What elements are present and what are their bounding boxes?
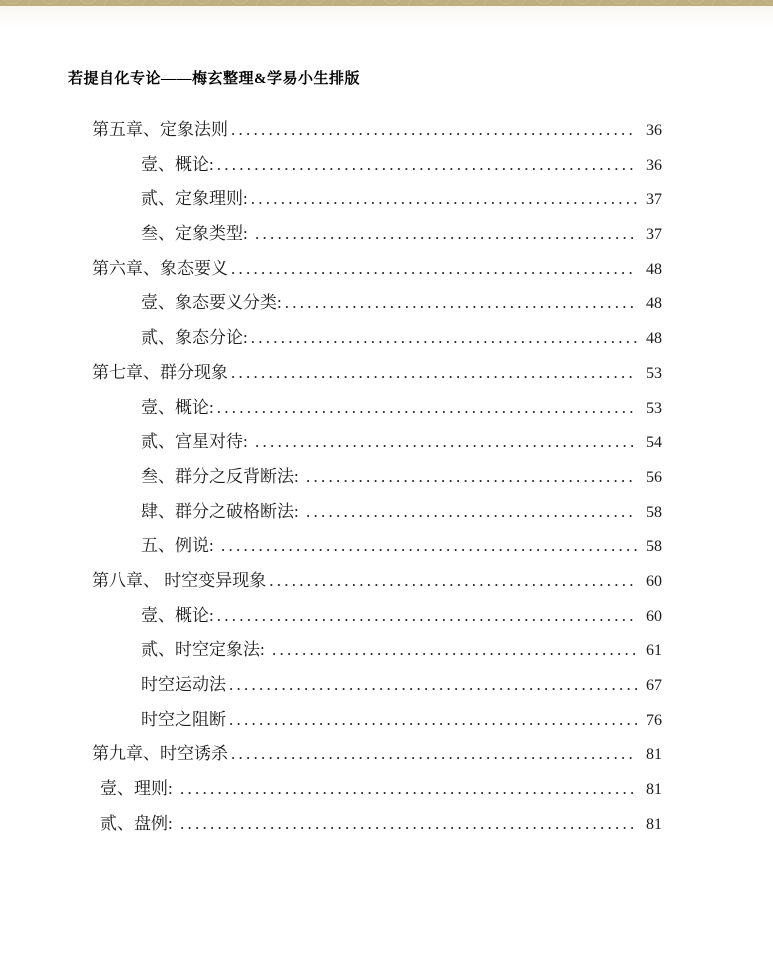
toc-entry: 第七章、群分现象 . . . . . . . . . . . . . . . .… [92, 356, 662, 391]
toc-entry: 贰、象态分论: . . . . . . . . . . . . . . . . … [92, 321, 662, 356]
toc-page-number: 53 [644, 392, 662, 427]
toc-page-number: 56 [644, 461, 662, 496]
toc-entry-label: 壹、理则: [100, 772, 177, 807]
toc-leader-dots: . . . . . . . . . . . . . . . . . . . . … [252, 217, 637, 252]
toc-leader-dots: . . . . . . . . . . . . . . . . . . . . … [269, 633, 637, 668]
toc-page-number: 81 [644, 808, 662, 843]
toc-leader-dots: . . . . . . . . . . . . . . . . . . . . … [252, 425, 637, 460]
toc-page-number: 48 [644, 253, 662, 288]
toc-page-number: 58 [644, 496, 662, 531]
toc-entry-label: 壹、象态要义分类: [141, 286, 282, 321]
toc: 第五章、定象法则 . . . . . . . . . . . . . . . .… [92, 113, 662, 841]
toc-entry: 贰、定象理则: . . . . . . . . . . . . . . . . … [92, 182, 662, 217]
toc-entry: 壹、概论: . . . . . . . . . . . . . . . . . … [92, 599, 662, 634]
toc-leader-dots: . . . . . . . . . . . . . . . . . . . . … [226, 703, 637, 738]
toc-entry-label: 时空之阻断 [141, 703, 226, 738]
toc-entry-label: 贰、盘例: [100, 807, 177, 842]
toc-entry-label: 叁、定象类型: [141, 217, 252, 252]
toc-entry-label: 肆、群分之破格断法: [141, 495, 303, 530]
toc-entry: 壹、理则: . . . . . . . . . . . . . . . . . … [92, 772, 662, 807]
toc-page-number: 48 [644, 287, 662, 322]
toc-entry: 叁、定象类型: . . . . . . . . . . . . . . . . … [92, 217, 662, 252]
toc-page-number: 58 [644, 530, 662, 565]
toc-leader-dots: . . . . . . . . . . . . . . . . . . . . … [214, 599, 637, 634]
toc-leader-dots: . . . . . . . . . . . . . . . . . . . . … [214, 148, 637, 183]
toc-entry: 壹、概论: . . . . . . . . . . . . . . . . . … [92, 391, 662, 426]
toc-page-number: 61 [644, 634, 662, 669]
toc-leader-dots: . . . . . . . . . . . . . . . . . . . . … [177, 807, 637, 842]
toc-entry: 时空之阻断 . . . . . . . . . . . . . . . . . … [92, 703, 662, 738]
toc-leader-dots: . . . . . . . . . . . . . . . . . . . . … [228, 113, 637, 148]
toc-entry-label: 第五章、定象法则 [92, 113, 228, 148]
toc-entry: 第六章、象态要义 . . . . . . . . . . . . . . . .… [92, 252, 662, 287]
toc-entry-label: 贰、象态分论: [141, 321, 248, 356]
toc-leader-dots: . . . . . . . . . . . . . . . . . . . . … [266, 564, 637, 599]
toc-leader-dots: . . . . . . . . . . . . . . . . . . . . … [228, 356, 637, 391]
toc-entry-label: 壹、概论: [141, 599, 214, 634]
document-header-title: 若提自化专论——梅玄整理&学易小生排版 [68, 67, 360, 88]
toc-page-number: 60 [644, 565, 662, 600]
toc-entry-label: 第九章、时空诱杀 [92, 737, 228, 772]
toc-entry: 第五章、定象法则 . . . . . . . . . . . . . . . .… [92, 113, 662, 148]
toc-entry-label: 壹、概论: [141, 148, 214, 183]
toc-entry: 五、例说: . . . . . . . . . . . . . . . . . … [92, 529, 662, 564]
toc-page-number: 53 [644, 357, 662, 392]
document-page: { "page": { "header": "若提自化专论——梅玄整理&学易小生… [0, 0, 773, 966]
toc-page-number: 48 [644, 322, 662, 357]
toc-leader-dots: . . . . . . . . . . . . . . . . . . . . … [226, 668, 637, 703]
toc-page-number: 60 [644, 600, 662, 635]
toc-entry-label: 五、例说: [141, 529, 218, 564]
toc-page-number: 37 [644, 218, 662, 253]
toc-entry-label: 叁、群分之反背断法: [141, 460, 303, 495]
toc-entry: 壹、象态要义分类: . . . . . . . . . . . . . . . … [92, 286, 662, 321]
toc-entry: 肆、群分之破格断法: . . . . . . . . . . . . . . .… [92, 495, 662, 530]
toc-entry-label: 第八章、 时空变异现象 [92, 564, 266, 599]
toc-leader-dots: . . . . . . . . . . . . . . . . . . . . … [248, 182, 637, 217]
toc-page-number: 76 [644, 704, 662, 739]
toc-leader-dots: . . . . . . . . . . . . . . . . . . . . … [177, 772, 637, 807]
toc-entry: 叁、群分之反背断法: . . . . . . . . . . . . . . .… [92, 460, 662, 495]
toc-leader-dots: . . . . . . . . . . . . . . . . . . . . … [228, 252, 637, 287]
toc-leader-dots: . . . . . . . . . . . . . . . . . . . . … [303, 460, 637, 495]
toc-page-number: 36 [644, 114, 662, 149]
toc-entry-label: 壹、概论: [141, 391, 214, 426]
toc-entry-label: 贰、定象理则: [141, 182, 248, 217]
toc-leader-dots: . . . . . . . . . . . . . . . . . . . . … [228, 737, 637, 772]
toc-entry: 第八章、 时空变异现象 . . . . . . . . . . . . . . … [92, 564, 662, 599]
toc-page-number: 54 [644, 426, 662, 461]
toc-leader-dots: . . . . . . . . . . . . . . . . . . . . … [218, 529, 637, 564]
toc-entry: 贰、时空定象法: . . . . . . . . . . . . . . . .… [92, 633, 662, 668]
toc-entry-label: 贰、时空定象法: [141, 633, 269, 668]
toc-leader-dots: . . . . . . . . . . . . . . . . . . . . … [248, 321, 637, 356]
toc-entry: 贰、盘例: . . . . . . . . . . . . . . . . . … [92, 807, 662, 842]
toc-entry: 时空运动法 . . . . . . . . . . . . . . . . . … [92, 668, 662, 703]
toc-entry-label: 时空运动法 [141, 668, 226, 703]
toc-entry-label: 第七章、群分现象 [92, 356, 228, 391]
toc-page-number: 81 [644, 773, 662, 808]
toc-page-number: 81 [644, 738, 662, 773]
toc-entry: 第九章、时空诱杀 . . . . . . . . . . . . . . . .… [92, 737, 662, 772]
toc-page-number: 37 [644, 183, 662, 218]
toc-leader-dots: . . . . . . . . . . . . . . . . . . . . … [282, 286, 637, 321]
toc-leader-dots: . . . . . . . . . . . . . . . . . . . . … [214, 391, 637, 426]
toc-entry-label: 贰、宫星对待: [141, 425, 252, 460]
toc-page-number: 36 [644, 149, 662, 184]
toc-page-number: 67 [644, 669, 662, 704]
toc-entry: 壹、概论: . . . . . . . . . . . . . . . . . … [92, 148, 662, 183]
toc-entry: 贰、宫星对待: . . . . . . . . . . . . . . . . … [92, 425, 662, 460]
toc-leader-dots: . . . . . . . . . . . . . . . . . . . . … [303, 495, 637, 530]
toc-entry-label: 第六章、象态要义 [92, 252, 228, 287]
